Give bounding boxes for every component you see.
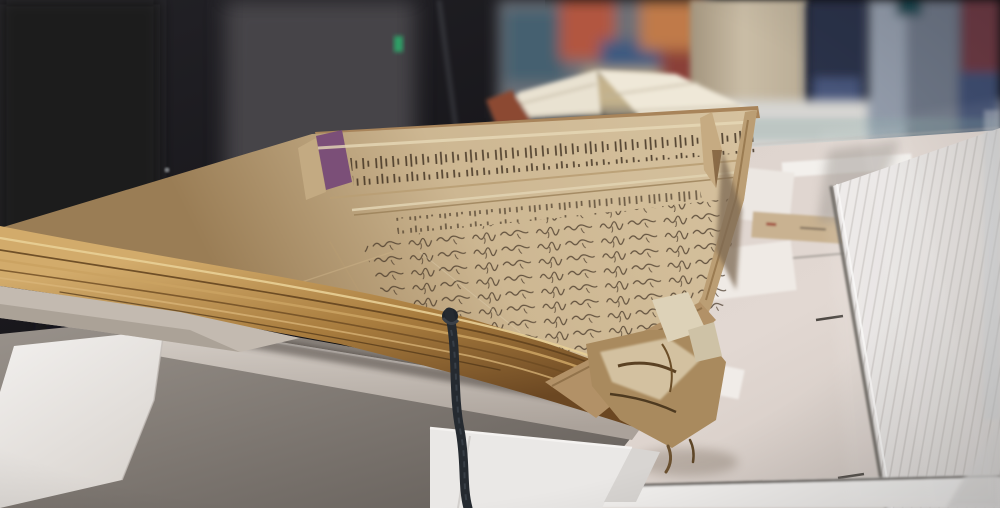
vignette: [0, 0, 1000, 508]
photo-of-manuscript-book: Close-up of a worn antique manuscript bo…: [0, 0, 1000, 508]
glass-reflections: [0, 0, 1000, 508]
photo-canvas: Close-up of a worn antique manuscript bo…: [0, 0, 1000, 508]
museum-photo-stage: Close-up of a worn antique manuscript bo…: [0, 0, 1000, 508]
